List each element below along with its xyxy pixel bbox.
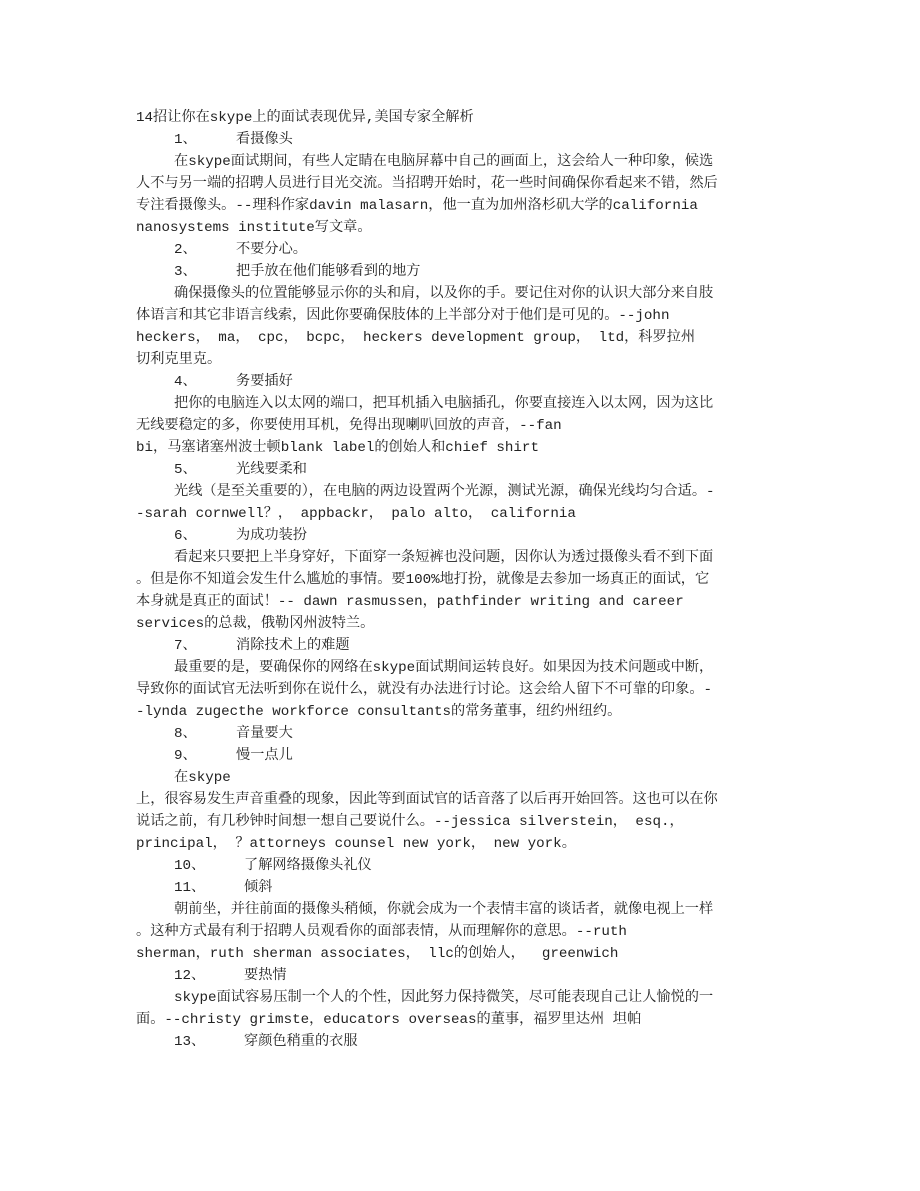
paragraph: 最重要的是，要确保你的网络在skype面试期间运转良好。如果因为技术问题或中断，… bbox=[136, 657, 776, 723]
paragraph-line: 本身就是真正的面试！-- dawn rasmussen，pathfinder w… bbox=[136, 591, 776, 613]
paragraph: 光线（是至关重要的），在电脑的两边设置两个光源，测试光源，确保光线均匀合适。- … bbox=[136, 481, 776, 525]
document-title: 14招让你在skype上的面试表现优异,美国专家全解析 bbox=[136, 107, 776, 129]
paragraph-line: 朝前坐，并往前面的摄像头稍倾，你就会成为一个表情丰富的谈话者，就像电视上一样 bbox=[136, 899, 776, 921]
paragraph-line: 体语言和其它非语言线索，因此你要确保肢体的上半部分对于他们是可见的。--john bbox=[136, 305, 776, 327]
paragraph: 在skype 上，很容易发生声音重叠的现象，因此等到面试官的话音落了以后再开始回… bbox=[136, 767, 776, 855]
paragraph-line: heckers， ma， cpc， bcpc， heckers developm… bbox=[136, 327, 776, 349]
item-number: 6、 bbox=[136, 525, 236, 547]
item-heading: 音量要大 bbox=[236, 723, 293, 745]
paragraph-line: -sarah cornwell？， appbackr， palo alto， c… bbox=[136, 503, 776, 525]
item-heading: 为成功装扮 bbox=[236, 525, 307, 547]
list-item-12: 12、要热情 bbox=[136, 965, 776, 987]
item-heading: 务要插好 bbox=[236, 371, 293, 393]
item-heading: 看摄像头 bbox=[236, 129, 293, 151]
list-item-4: 4、务要插好 bbox=[136, 371, 776, 393]
paragraph-line: 切利克里克。 bbox=[136, 349, 776, 371]
paragraph: 把你的电脑连入以太网的端口，把耳机插入电脑插孔，你要直接连入以太网，因为这比 无… bbox=[136, 393, 776, 459]
paragraph-line: principal， ？attorneys counsel new york， … bbox=[136, 833, 776, 855]
document-page: 14招让你在skype上的面试表现优异,美国专家全解析 1、看摄像头 在skyp… bbox=[136, 107, 776, 1053]
paragraph-line: 确保摄像头的位置能够显示你的头和肩，以及你的手。要记住对你的认识大部分来自肢 bbox=[136, 283, 776, 305]
paragraph-line: nanosystems institute写文章。 bbox=[136, 217, 776, 239]
paragraph-line: 面。--christy grimste，educators overseas的董… bbox=[136, 1009, 776, 1031]
paragraph-line: 光线（是至关重要的），在电脑的两边设置两个光源，测试光源，确保光线均匀合适。- bbox=[136, 481, 776, 503]
paragraph-line: 。这种方式最有利于招聘人员观看你的面部表情，从而理解你的意思。--ruth bbox=[136, 921, 776, 943]
paragraph-line: 说话之前，有几秒钟时间想一想自己要说什么。--jessica silverste… bbox=[136, 811, 776, 833]
paragraph-line: -lynda zugecthe workforce consultants的常务… bbox=[136, 701, 776, 723]
item-number: 9、 bbox=[136, 745, 236, 767]
paragraph-line: 无线要稳定的多，你要使用耳机，免得出现喇叭回放的声音，--fan bbox=[136, 415, 776, 437]
paragraph-line: bi，马塞诸塞州波士顿blank label的创始人和chief shirt bbox=[136, 437, 776, 459]
paragraph-line: 把你的电脑连入以太网的端口，把耳机插入电脑插孔，你要直接连入以太网，因为这比 bbox=[136, 393, 776, 415]
item-heading: 不要分心。 bbox=[236, 239, 307, 261]
paragraph: 朝前坐，并往前面的摄像头稍倾，你就会成为一个表情丰富的谈话者，就像电视上一样 。… bbox=[136, 899, 776, 965]
list-item-1: 1、看摄像头 bbox=[136, 129, 776, 151]
list-item-8: 8、音量要大 bbox=[136, 723, 776, 745]
item-heading: 消除技术上的难题 bbox=[236, 635, 350, 657]
paragraph-line: services的总裁，俄勒冈州波特兰。 bbox=[136, 613, 776, 635]
list-item-2: 2、不要分心。 bbox=[136, 239, 776, 261]
paragraph-line: 在skype面试期间，有些人定睛在电脑屏幕中自己的画面上，这会给人一种印象，候选 bbox=[136, 151, 776, 173]
paragraph: 看起来只要把上半身穿好，下面穿一条短裤也没问题，因你认为透过摄像头看不到下面 。… bbox=[136, 547, 776, 635]
paragraph-line: 在skype bbox=[136, 767, 776, 789]
paragraph-line: 最重要的是，要确保你的网络在skype面试期间运转良好。如果因为技术问题或中断， bbox=[136, 657, 776, 679]
item-number: 5、 bbox=[136, 459, 236, 481]
item-heading: 倾斜 bbox=[244, 877, 272, 899]
paragraph: skype面试容易压制一个人的个性，因此努力保持微笑，尽可能表现自己让人愉悦的一… bbox=[136, 987, 776, 1031]
item-heading: 穿颜色稍重的衣服 bbox=[244, 1031, 358, 1053]
paragraph-line: 看起来只要把上半身穿好，下面穿一条短裤也没问题，因你认为透过摄像头看不到下面 bbox=[136, 547, 776, 569]
paragraph-line: sherman，ruth sherman associates， llc的创始人… bbox=[136, 943, 776, 965]
item-number: 7、 bbox=[136, 635, 236, 657]
item-number: 2、 bbox=[136, 239, 236, 261]
paragraph-line: 人不与另一端的招聘人员进行目光交流。当招聘开始时，花一些时间确保你看起来不错，然… bbox=[136, 173, 776, 195]
list-item-10: 10、了解网络摄像头礼仪 bbox=[136, 855, 776, 877]
item-heading: 慢一点儿 bbox=[236, 745, 293, 767]
item-number: 3、 bbox=[136, 261, 236, 283]
paragraph-line: 上，很容易发生声音重叠的现象，因此等到面试官的话音落了以后再开始回答。这也可以在… bbox=[136, 789, 776, 811]
paragraph: 在skype面试期间，有些人定睛在电脑屏幕中自己的画面上，这会给人一种印象，候选… bbox=[136, 151, 776, 239]
item-heading: 把手放在他们能够看到的地方 bbox=[236, 261, 420, 283]
item-number: 8、 bbox=[136, 723, 236, 745]
list-item-5: 5、光线要柔和 bbox=[136, 459, 776, 481]
paragraph-line: 导致你的面试官无法听到你在说什么，就没有办法进行讨论。这会给人留下不可靠的印象。… bbox=[136, 679, 776, 701]
item-heading: 光线要柔和 bbox=[236, 459, 307, 481]
list-item-3: 3、把手放在他们能够看到的地方 bbox=[136, 261, 776, 283]
item-heading: 了解网络摄像头礼仪 bbox=[244, 855, 372, 877]
item-number: 10、 bbox=[136, 855, 244, 877]
list-item-7: 7、消除技术上的难题 bbox=[136, 635, 776, 657]
item-number: 4、 bbox=[136, 371, 236, 393]
list-item-6: 6、为成功装扮 bbox=[136, 525, 776, 547]
list-item-9: 9、慢一点儿 bbox=[136, 745, 776, 767]
paragraph-line: 。但是你不知道会发生什么尴尬的事情。要100%地打扮，就像是去参加一场真正的面试… bbox=[136, 569, 776, 591]
list-item-11: 11、倾斜 bbox=[136, 877, 776, 899]
item-number: 12、 bbox=[136, 965, 244, 987]
item-number: 13、 bbox=[136, 1031, 244, 1053]
item-number: 1、 bbox=[136, 129, 236, 151]
paragraph: 确保摄像头的位置能够显示你的头和肩，以及你的手。要记住对你的认识大部分来自肢 体… bbox=[136, 283, 776, 371]
paragraph-line: skype面试容易压制一个人的个性，因此努力保持微笑，尽可能表现自己让人愉悦的一 bbox=[136, 987, 776, 1009]
item-number: 11、 bbox=[136, 877, 244, 899]
list-item-13: 13、穿颜色稍重的衣服 bbox=[136, 1031, 776, 1053]
item-heading: 要热情 bbox=[244, 965, 287, 987]
paragraph-line: 专注看摄像头。--理科作家davin malasarn，他一直为加州洛杉矶大学的… bbox=[136, 195, 776, 217]
